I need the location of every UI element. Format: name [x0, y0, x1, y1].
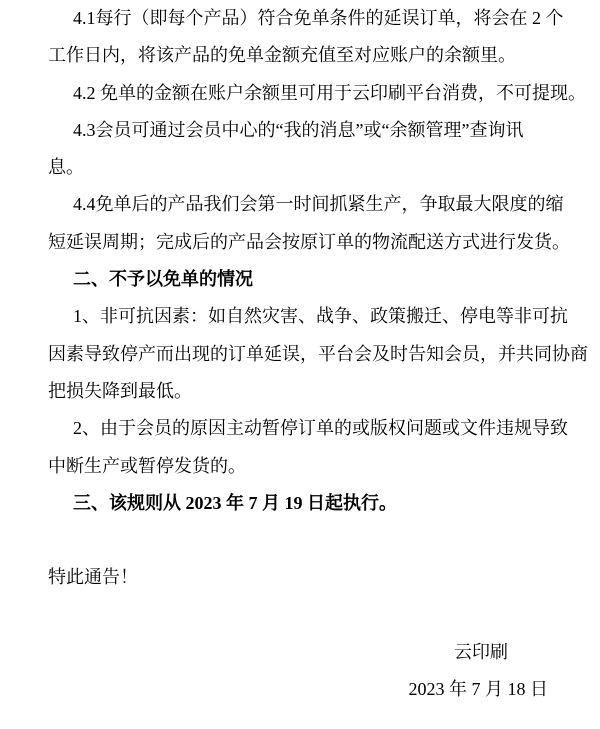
text-line: 1、非可抗因素：如自然灾害、战争、政策搬迁、停电等非可抗	[48, 298, 588, 335]
text-line: 4.4免单后的产品我们会第一时间抓紧生产，争取最大限度的缩	[48, 186, 588, 223]
heading-section-2: 二、不予以免单的情况	[48, 261, 588, 298]
text-line: 短延误周期；完成后的产品会按原订单的物流配送方式进行发货。	[48, 224, 588, 261]
para-exclusion-1: 1、非可抗因素：如自然灾害、战争、政策搬迁、停电等非可抗因素导致停产而出现的订单…	[48, 298, 588, 410]
document-page: 4.1每行（即每个产品）符合免单条件的延误订单，将会在 2 个工作日内，将该产品…	[0, 0, 600, 729]
text-line: 息。	[48, 149, 588, 186]
signature-name: 云印刷	[48, 634, 588, 671]
text-line: 4.2 免单的金额在账户余额里可用于云印刷平台消费，不可提现。	[48, 75, 588, 112]
document-body: 4.1每行（即每个产品）符合免单条件的延误订单，将会在 2 个工作日内，将该产品…	[48, 0, 588, 522]
para-exclusion-2: 2、由于会员的原因主动暂停订单的或版权问题或文件违规导致中断生产或暂停发货的。	[48, 410, 588, 485]
para-rule-4-2: 4.2 免单的金额在账户余额里可用于云印刷平台消费，不可提现。	[48, 75, 588, 112]
text-line: 二、不予以免单的情况	[48, 261, 588, 298]
text-line: 2、由于会员的原因主动暂停订单的或版权问题或文件违规导致	[48, 410, 588, 447]
text-line: 4.3会员可通过会员中心的“我的消息”或“余额管理”查询讯	[48, 112, 588, 149]
text-line: 三、该规则从 2023 年 7 月 19 日起执行。	[48, 485, 588, 522]
signature-date: 2023 年 7 月 18 日	[48, 671, 588, 708]
text-line: 把损失降到最低。	[48, 373, 588, 410]
text-line: 4.1每行（即每个产品）符合免单条件的延误订单，将会在 2 个	[48, 0, 588, 37]
para-rule-4-4: 4.4免单后的产品我们会第一时间抓紧生产，争取最大限度的缩短延误周期；完成后的产…	[48, 186, 588, 261]
text-line: 工作日内，将该产品的免单金额充值至对应账户的余额里。	[48, 37, 588, 74]
para-rule-4-1: 4.1每行（即每个产品）符合免单条件的延误订单，将会在 2 个工作日内，将该产品…	[48, 0, 588, 75]
closing-text: 特此通告！	[48, 559, 588, 596]
heading-section-3: 三、该规则从 2023 年 7 月 19 日起执行。	[48, 485, 588, 522]
para-rule-4-3: 4.3会员可通过会员中心的“我的消息”或“余额管理”查询讯息。	[48, 112, 588, 187]
text-line: 因素导致停产而出现的订单延误，平台会及时告知会员，并共同协商	[48, 336, 588, 373]
text-line: 中断生产或暂停发货的。	[48, 448, 588, 485]
